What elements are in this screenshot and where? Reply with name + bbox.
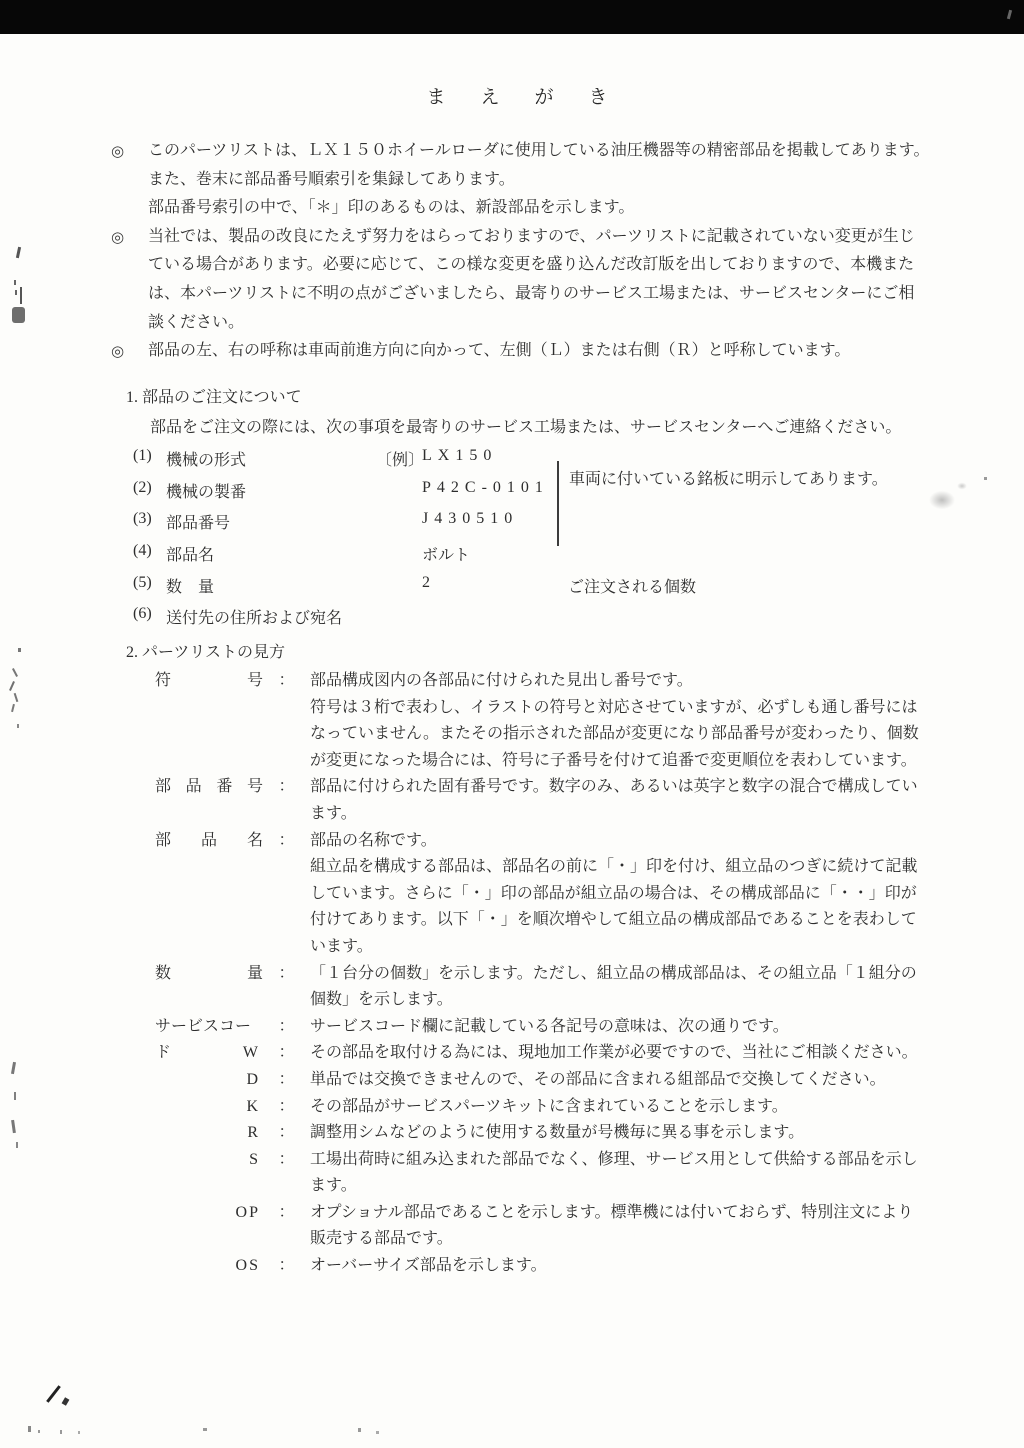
- scan-artifact: [17, 724, 19, 728]
- legend-colon: [263, 987, 310, 1014]
- scanned-document-page: ま え が き ◎ このパーツリストは、ＬＸ１５０ホイールローダに使用している油…: [0, 0, 1024, 1448]
- legend-description: 販売する部品です。: [310, 1226, 453, 1253]
- order-item-row: (5) 数 量 2 ご注文される個数: [133, 574, 1013, 606]
- legend-colon: [263, 801, 310, 828]
- legend-row: OS ： オーバーサイズ部品を示します。: [155, 1253, 1005, 1280]
- legend-colon: ：: [263, 961, 310, 988]
- notice-line: は、本パーツリストに不明の点がございましたら、最寄りのサービス工場または、サービ…: [148, 280, 948, 309]
- legend-colon: ：: [263, 1200, 310, 1227]
- scan-artifact: [18, 648, 21, 652]
- legend-term: [155, 1173, 263, 1200]
- scan-artifact: [14, 1092, 16, 1100]
- legend-colon: [263, 1226, 310, 1253]
- legend-colon: ：: [263, 828, 310, 855]
- legend-description: オーバーサイズ部品を示します。: [310, 1253, 547, 1280]
- legend-row: 符号は３桁で表わし、イラストの符号と対応させていますが、必ずしも通し番号には: [155, 695, 1005, 722]
- legend-description: が変更になった場合には、符号に子番号を付けて追番で変更順位を表わしています。: [310, 748, 917, 775]
- legend-description: なっていません。またその指示された部品が変更になり部品番号が変わったり、個数: [310, 721, 919, 748]
- item-label: 機械の形式: [166, 447, 246, 470]
- item-label: 数 量: [166, 574, 214, 597]
- legend-description: 個数」を示します。: [310, 987, 453, 1014]
- legend-colon: [263, 748, 310, 775]
- legend-term: [155, 934, 263, 961]
- legend-row: W ： その部品を取付ける為には、現地加工作業が必要ですので、当社にご相談くださ…: [155, 1040, 1005, 1067]
- scan-edge-bar: [0, 0, 1024, 34]
- legend-description: ます。: [310, 1173, 357, 1200]
- legend-term: K: [155, 1094, 263, 1121]
- legend-colon: ：: [263, 1094, 310, 1121]
- scan-artifact: [11, 1062, 16, 1074]
- scan-artifact: [14, 693, 19, 702]
- notice-line: また、巻末に部品番号順索引を集録してあります。: [148, 166, 948, 195]
- legend-term: W: [155, 1040, 263, 1067]
- item-number: (6): [133, 605, 152, 623]
- notice-line: このパーツリストは、ＬＸ１５０ホイールローダに使用している油圧機器等の精密部品を…: [148, 137, 948, 166]
- scan-artifact: [46, 1385, 61, 1403]
- legend-term: R: [155, 1120, 263, 1147]
- notice-line: 部品の左、右の呼称は車両前進方向に向かって、左側（Ｌ）または右側（Ｒ）と呼称して…: [148, 337, 948, 366]
- legend-term: サービスコード: [155, 1014, 263, 1041]
- legend-description: 部品構成図内の各部品に付けられた見出し番号です。: [310, 668, 693, 695]
- legend-description: います。: [310, 934, 373, 961]
- legend-term: [155, 721, 263, 748]
- legend-colon: [263, 854, 310, 881]
- legend-term: [155, 907, 263, 934]
- item-number: (1): [133, 447, 152, 465]
- notice-paragraphs: ◎ このパーツリストは、ＬＸ１５０ホイールローダに使用している油圧機器等の精密部…: [148, 137, 948, 366]
- legend-colon: ：: [263, 668, 310, 695]
- legend-description: その部品を取付ける為には、現地加工作業が必要ですので、当社にご相談ください。: [310, 1040, 918, 1067]
- legend-description: 部品の名称です。: [310, 828, 437, 855]
- legend-row: R ： 調整用シムなどのように使用する数量が号機毎に異る事を示します。: [155, 1120, 1005, 1147]
- notice-paragraph: ◎ 部品の左、右の呼称は車両前進方向に向かって、左側（Ｌ）または右側（Ｒ）と呼称…: [148, 337, 948, 366]
- scan-artifact: [16, 247, 21, 258]
- legend-colon: [263, 934, 310, 961]
- legend-row: 販売する部品です。: [155, 1226, 1005, 1253]
- scan-artifact: [62, 1397, 70, 1406]
- legend-term: S: [155, 1147, 263, 1174]
- scan-artifact: [376, 1431, 379, 1434]
- legend-term: [155, 695, 263, 722]
- legend-row: ます。: [155, 1173, 1005, 1200]
- order-item-row: (6) 送付先の住所および宛名: [133, 605, 1013, 637]
- double-circle-bullet: ◎: [111, 342, 124, 361]
- legend-row: 個数」を示します。: [155, 987, 1005, 1014]
- item-label: 送付先の住所および宛名: [166, 605, 342, 628]
- legend-description: 単品では交換できませんので、その部品に含まれる組部品で交換してください。: [310, 1067, 886, 1094]
- legend-term: [155, 748, 263, 775]
- grouping-brace-line: [557, 461, 559, 546]
- nameplate-note: 車両に付いている銘板に明示してあります。: [569, 466, 888, 489]
- notice-lines: 当社では、製品の改良にたえず努力をはらっておりますので、パーツリストに記載されて…: [148, 223, 948, 337]
- legend-row: しています。さらに「・」印の部品が組立品の場合は、その構成部品に「・・」印が: [155, 881, 1005, 908]
- legend-colon: [263, 1173, 310, 1200]
- notice-lines: このパーツリストは、ＬＸ１５０ホイールローダに使用している油圧機器等の精密部品を…: [148, 137, 948, 223]
- legend-row: OP ： オプショナル部品であることを示します。標準機には付いておらず、特別注文…: [155, 1200, 1005, 1227]
- legend-row: S ： 工場出荷時に組み込まれた部品でなく、修理、サービス用として供給する部品を…: [155, 1147, 1005, 1174]
- order-item-row: (3) 部品番号 J430510: [133, 510, 1013, 542]
- legend-term: OS: [155, 1253, 263, 1280]
- item-label: 機械の製番: [166, 479, 246, 502]
- item-value: P42C-0101: [422, 479, 549, 497]
- legend-description: しています。さらに「・」印の部品が組立品の場合は、その構成部品に「・・」印が: [310, 881, 917, 908]
- item-note: ご注文される個数: [568, 574, 696, 597]
- scan-artifact: [12, 668, 18, 677]
- notice-paragraph: ◎ 当社では、製品の改良にたえず努力をはらっておりますので、パーツリストに記載さ…: [148, 223, 948, 337]
- double-circle-bullet: ◎: [111, 142, 124, 161]
- scan-smudge: [955, 481, 969, 491]
- section1-intro: 部品をご注文の際には、次の事項を最寄りのサービス工場または、サービスセンターへご…: [150, 414, 901, 437]
- legend-term: [155, 1226, 263, 1253]
- legend-term: [155, 801, 263, 828]
- legend-description: 符号は３桁で表わし、イラストの符号と対応させていますが、必ずしも通し番号には: [310, 695, 918, 722]
- legend-term: [155, 881, 263, 908]
- legend-row: D ： 単品では交換できませんので、その部品に含まれる組部品で交換してください。: [155, 1067, 1005, 1094]
- order-item-row: (4) 部品名 ボルト: [133, 542, 1013, 574]
- legend-description: サービスコード欄に記載している各記号の意味は、次の通りです。: [310, 1014, 789, 1041]
- item-value: ボルト: [422, 542, 470, 565]
- scan-artifact: [9, 681, 15, 691]
- legend-row: 組立品を構成する部品は、部品名の前に「・」印を付け、組立品のつぎに続けて記載: [155, 854, 1005, 881]
- legend-row: K ： その部品がサービスパーツキットに含まれていることを示します。: [155, 1094, 1005, 1121]
- legend-term: [155, 987, 263, 1014]
- legend-colon: [263, 695, 310, 722]
- item-label: 部品名: [166, 542, 214, 565]
- item-number: (2): [133, 479, 152, 497]
- item-label: 部品番号: [166, 510, 230, 533]
- notice-paragraph: ◎ このパーツリストは、ＬＸ１５０ホイールローダに使用している油圧機器等の精密部…: [148, 137, 948, 223]
- legend-colon: ：: [263, 774, 310, 801]
- legend-term: 部品名: [155, 828, 263, 855]
- scan-artifact: [12, 307, 25, 323]
- legend-description: 組立品を構成する部品は、部品名の前に「・」印を付け、組立品のつぎに続けて記載: [310, 854, 917, 881]
- scan-artifact: [358, 1428, 361, 1432]
- section2-heading: 2. パーツリストの見方: [126, 639, 285, 662]
- scan-artifact: [203, 1428, 207, 1431]
- legend-colon: ：: [263, 1014, 310, 1041]
- item-value: 2: [422, 574, 436, 592]
- legend-description: その部品がサービスパーツキットに含まれていることを示します。: [310, 1094, 788, 1121]
- legend-row: ます。: [155, 801, 1005, 828]
- scan-artifact: [14, 280, 16, 285]
- notice-line: 当社では、製品の改良にたえず努力をはらっておりますので、パーツリストに記載されて…: [148, 223, 948, 252]
- legend-row: 数量 ： 「１台分の個数」を示します。ただし、組立品の構成部品は、その組立品「１…: [155, 961, 1005, 988]
- legend-row: 部品番号 ： 部品に付けられた固有番号です。数字のみ、あるいは英字と数字の混合で…: [155, 774, 1005, 801]
- notice-line: 部品番号索引の中で、「＊」印のあるものは、新設部品を示します。: [148, 194, 948, 223]
- legend-term: 数量: [155, 961, 263, 988]
- scan-artifact: [16, 1142, 18, 1148]
- legend-term: 部品番号: [155, 774, 263, 801]
- notice-lines: 部品の左、右の呼称は車両前進方向に向かって、左側（Ｌ）または右側（Ｒ）と呼称して…: [148, 337, 948, 366]
- legend-row: 符号 ： 部品構成図内の各部品に付けられた見出し番号です。: [155, 668, 1005, 695]
- legend-term: 符号: [155, 668, 263, 695]
- legend-row: 付けてあります。以下「・」を順次増やして組立品の構成部品であることを表わして: [155, 907, 1005, 934]
- item-example-prefix: 〔例〕: [376, 447, 424, 470]
- item-number: (5): [133, 574, 152, 592]
- legend-description: 工場出荷時に組み込まれた部品でなく、修理、サービス用として供給する部品を示し: [310, 1147, 918, 1174]
- scan-artifact: [11, 704, 15, 712]
- legend-row: います。: [155, 934, 1005, 961]
- legend-term: OP: [155, 1200, 263, 1227]
- legend-description: オプショナル部品であることを示します。標準機には付いておらず、特別注文により: [310, 1200, 913, 1227]
- legend-row: サービスコード ： サービスコード欄に記載している各記号の意味は、次の通りです。: [155, 1014, 1005, 1041]
- section1-heading: 1. 部品のご注文について: [126, 384, 302, 407]
- notice-line: 談ください。: [148, 309, 948, 338]
- legend-description: 調整用シムなどのように使用する数量が号機毎に異る事を示します。: [310, 1120, 804, 1147]
- double-circle-bullet: ◎: [111, 228, 124, 247]
- legend-description: 付けてあります。以下「・」を順次増やして組立品の構成部品であることを表わして: [310, 907, 917, 934]
- scan-artifact: [38, 1430, 40, 1433]
- scan-artifact: [20, 287, 22, 304]
- legend-colon: ：: [263, 1120, 310, 1147]
- scan-artifact: [78, 1431, 80, 1434]
- legend-row: 部品名 ： 部品の名称です。: [155, 828, 1005, 855]
- legend-colon: ：: [263, 1067, 310, 1094]
- parts-list-legend: 符号 ： 部品構成図内の各部品に付けられた見出し番号です。 符号は３桁で表わし、…: [155, 668, 1005, 1280]
- scan-smudge: [984, 477, 987, 480]
- legend-description: 「１台分の個数」を示します。ただし、組立品の構成部品は、その組立品「１組分の: [310, 961, 917, 988]
- item-number: (3): [133, 510, 152, 528]
- item-number: (4): [133, 542, 152, 560]
- legend-colon: ：: [263, 1253, 310, 1280]
- legend-description: 部品に付けられた固有番号です。数字のみ、あるいは英字と数字の混合で構成してい: [310, 774, 918, 801]
- legend-description: ます。: [310, 801, 357, 828]
- legend-colon: [263, 907, 310, 934]
- page-title: ま え が き: [0, 82, 1024, 109]
- legend-row: が変更になった場合には、符号に子番号を付けて追番で変更順位を表わしています。: [155, 748, 1005, 775]
- legend-colon: [263, 881, 310, 908]
- legend-term: D: [155, 1067, 263, 1094]
- scan-artifact: [60, 1430, 62, 1434]
- scan-artifact: [11, 1120, 16, 1133]
- scan-artifact: [15, 290, 17, 295]
- legend-colon: ：: [263, 1040, 310, 1067]
- legend-colon: ：: [263, 1147, 310, 1174]
- item-value: LX150: [422, 447, 497, 465]
- legend-colon: [263, 721, 310, 748]
- legend-row: なっていません。またその指示された部品が変更になり部品番号が変わったり、個数: [155, 721, 1005, 748]
- legend-term: [155, 854, 263, 881]
- notice-line: ている場合があります。必要に応じて、この様な変更を盛り込んだ改訂版を出しておりま…: [148, 251, 948, 280]
- scan-smudge: [924, 487, 960, 513]
- item-value: J430510: [422, 510, 518, 528]
- scan-artifact: [28, 1426, 31, 1432]
